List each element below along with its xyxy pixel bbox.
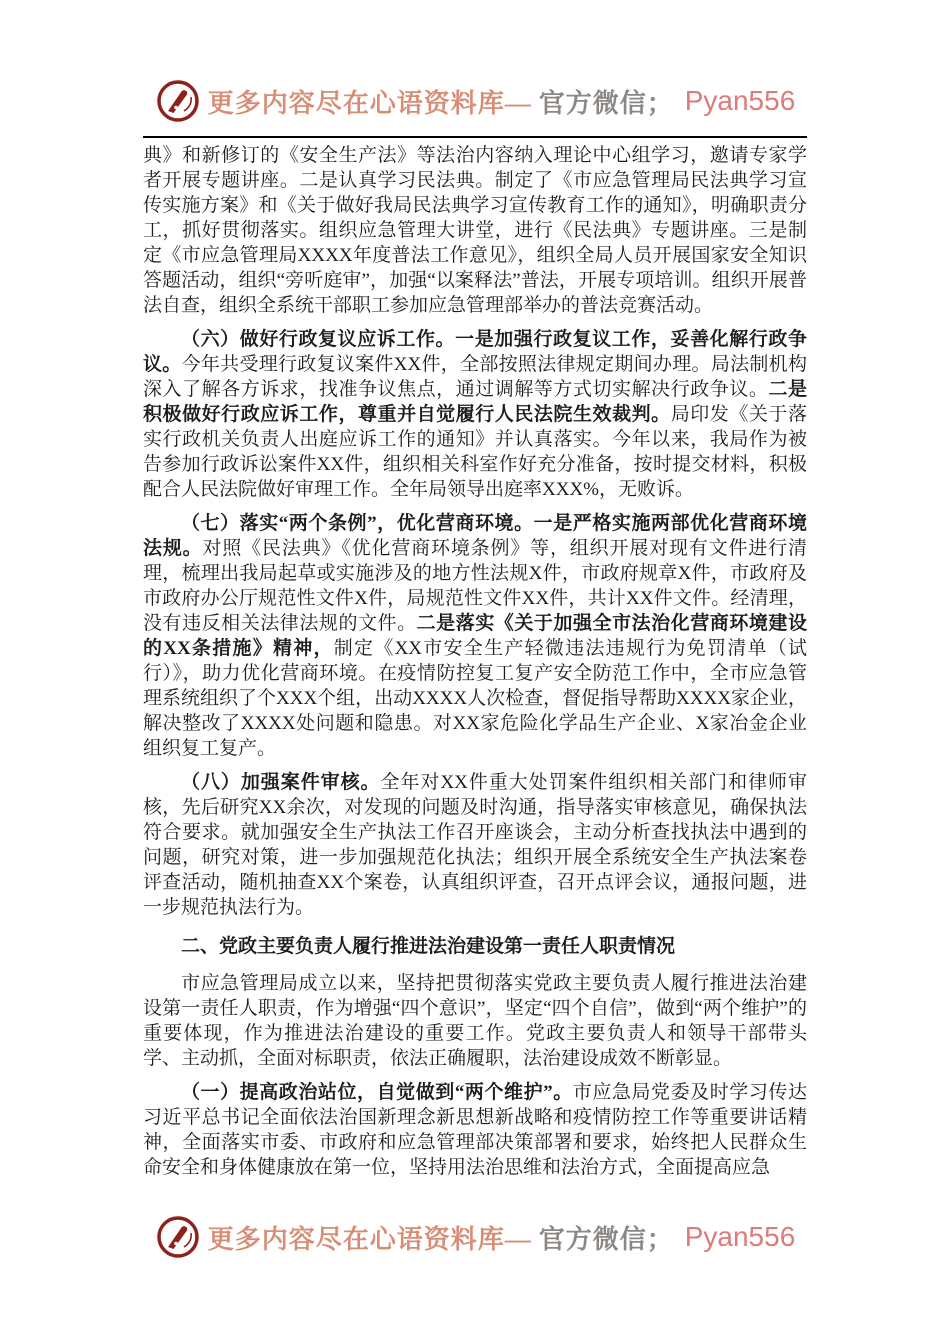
- paragraph-continuation: 典》和新修订的《安全生产法》等法治内容纳入理论中心组学习，邀请专家学者开展专题讲…: [143, 143, 807, 318]
- header-watermark: 更多内容尽在心语资料库—官方微信；Pyan556: [0, 78, 950, 124]
- text-run: 典》和新修订的《安全生产法》等法治内容纳入理论中心组学习，邀请专家学者开展专题讲…: [143, 145, 807, 316]
- paragraph-item-eight: （八）加强案件审核。全年对XX件重大处罚案件组织相关部门和律师审核，先后研究XX…: [143, 770, 807, 920]
- header-rule: [143, 136, 807, 138]
- watermark-wechat-id: Pyan556: [685, 85, 796, 117]
- watermark-text-main: 更多内容尽在心语资料库—: [208, 83, 532, 120]
- text-run: 今年共受理行政复议案件XX件，全部按照法律规定期间办理。局法制机构深入了解各方诉…: [143, 354, 807, 400]
- text-run: 全年对XX件重大处罚案件组织相关部门和律师审核，先后研究XX余次，对发现的问题及…: [143, 772, 807, 918]
- watermark-text-wechat-label: 官方微信；: [539, 1219, 674, 1256]
- text-run: 市应急管理局成立以来，坚持把贯彻落实党政主要负责人履行推进法治建设第一责任人职责…: [143, 973, 807, 1069]
- paragraph-section-two-intro: 市应急管理局成立以来，坚持把贯彻落实党政主要负责人履行推进法治建设第一责任人职责…: [143, 971, 807, 1071]
- footer-watermark: 更多内容尽在心语资料库—官方微信；Pyan556: [0, 1214, 950, 1260]
- paragraph-item-seven: （七）落实“两个条例”，优化营商环境。一是严格实施两部优化营商环境法规。对照《民…: [143, 511, 807, 761]
- watermark-wechat-id: Pyan556: [685, 1221, 796, 1253]
- watermark-text-wechat-label: 官方微信；: [539, 83, 674, 120]
- text-run-bold: （一）提高政治站位，自觉做到“两个维护”。: [181, 1082, 573, 1103]
- document-page: 更多内容尽在心语资料库—官方微信；Pyan556 典》和新修订的《安全生产法》等…: [0, 0, 950, 1344]
- section-heading-two: 二、党政主要负责人履行推进法治建设第一责任人职责情况: [143, 934, 807, 959]
- section-heading-text: 二、党政主要负责人履行推进法治建设第一责任人职责情况: [181, 936, 675, 957]
- paragraph-item-one: （一）提高政治站位，自觉做到“两个维护”。市应急局党委及时学习传达习近平总书记全…: [143, 1080, 807, 1180]
- pen-nib-circle-icon: [155, 1214, 201, 1260]
- paragraph-item-six: （六）做好行政复议应诉工作。一是加强行政复议工作，妥善化解行政争议。今年共受理行…: [143, 327, 807, 502]
- text-run-bold: （八）加强案件审核。: [181, 772, 381, 793]
- watermark-text-main: 更多内容尽在心语资料库—: [208, 1219, 532, 1256]
- document-body: 典》和新修订的《安全生产法》等法治内容纳入理论中心组学习，邀请专家学者开展专题讲…: [143, 143, 807, 1209]
- pen-nib-circle-icon: [155, 78, 201, 124]
